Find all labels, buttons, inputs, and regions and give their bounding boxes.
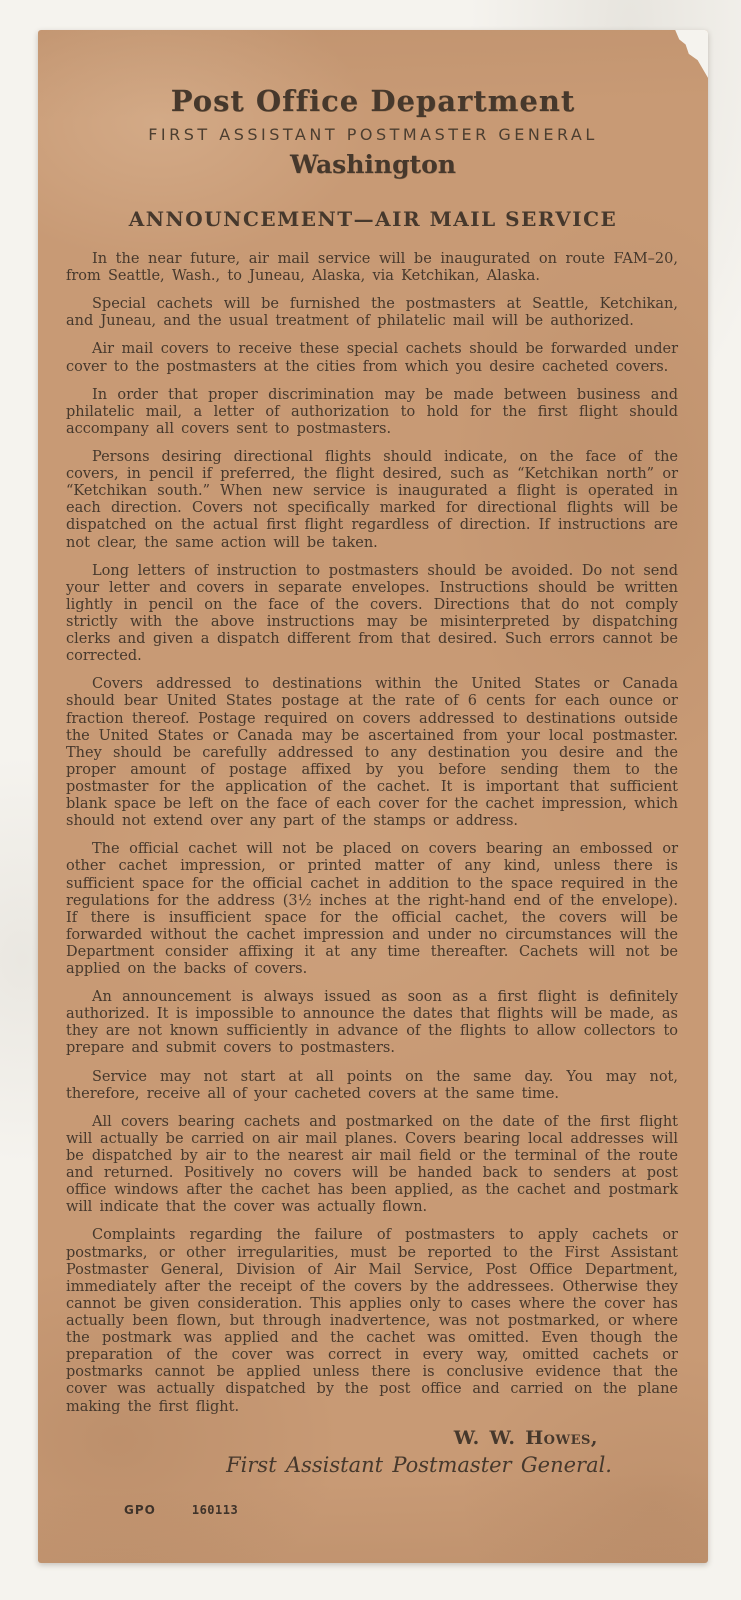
paragraph: An announcement is always issued as soon… [66,989,678,1057]
paragraph: Complaints regarding the failure of post… [66,1227,678,1415]
paragraph: In the near future, air mail service wil… [66,251,678,285]
gpo-number: 160113 [192,1503,238,1517]
signature-block: W. W. Howes, First Assistant Postmaster … [66,1427,678,1479]
office-line: FIRST ASSISTANT POSTMASTER GENERAL [38,125,708,144]
gpo-label: GPO [124,1503,156,1517]
gpo-imprint: GPO160113 [66,1503,678,1517]
body-text: In the near future, air mail service wil… [38,231,708,1517]
department-name: Post Office Department [38,84,708,118]
signatory-title: First Assistant Postmaster General. [66,1452,678,1478]
document-paper: Post Office Department FIRST ASSISTANT P… [38,30,708,1563]
paragraph: Covers addressed to destinations within … [66,676,678,830]
paragraph: Special cachets will be furnished the po… [66,296,678,330]
paragraph: Service may not start at all points on t… [66,1069,678,1103]
paragraph: The official cachet will not be placed o… [66,841,678,978]
document-header: Post Office Department FIRST ASSISTANT P… [38,30,708,231]
city-line: Washington [38,150,708,179]
paragraph: Long letters of instruction to postmaste… [66,563,678,666]
paragraph: Persons desiring directional flights sho… [66,449,678,552]
paragraph: Air mail covers to receive these special… [66,341,678,375]
signatory-name: W. W. Howes, [66,1427,678,1451]
announcement-title: ANNOUNCEMENT—AIR MAIL SERVICE [38,207,708,231]
paragraph: All covers bearing cachets and postmarke… [66,1114,678,1217]
paragraph: In order that proper discrimination may … [66,387,678,438]
